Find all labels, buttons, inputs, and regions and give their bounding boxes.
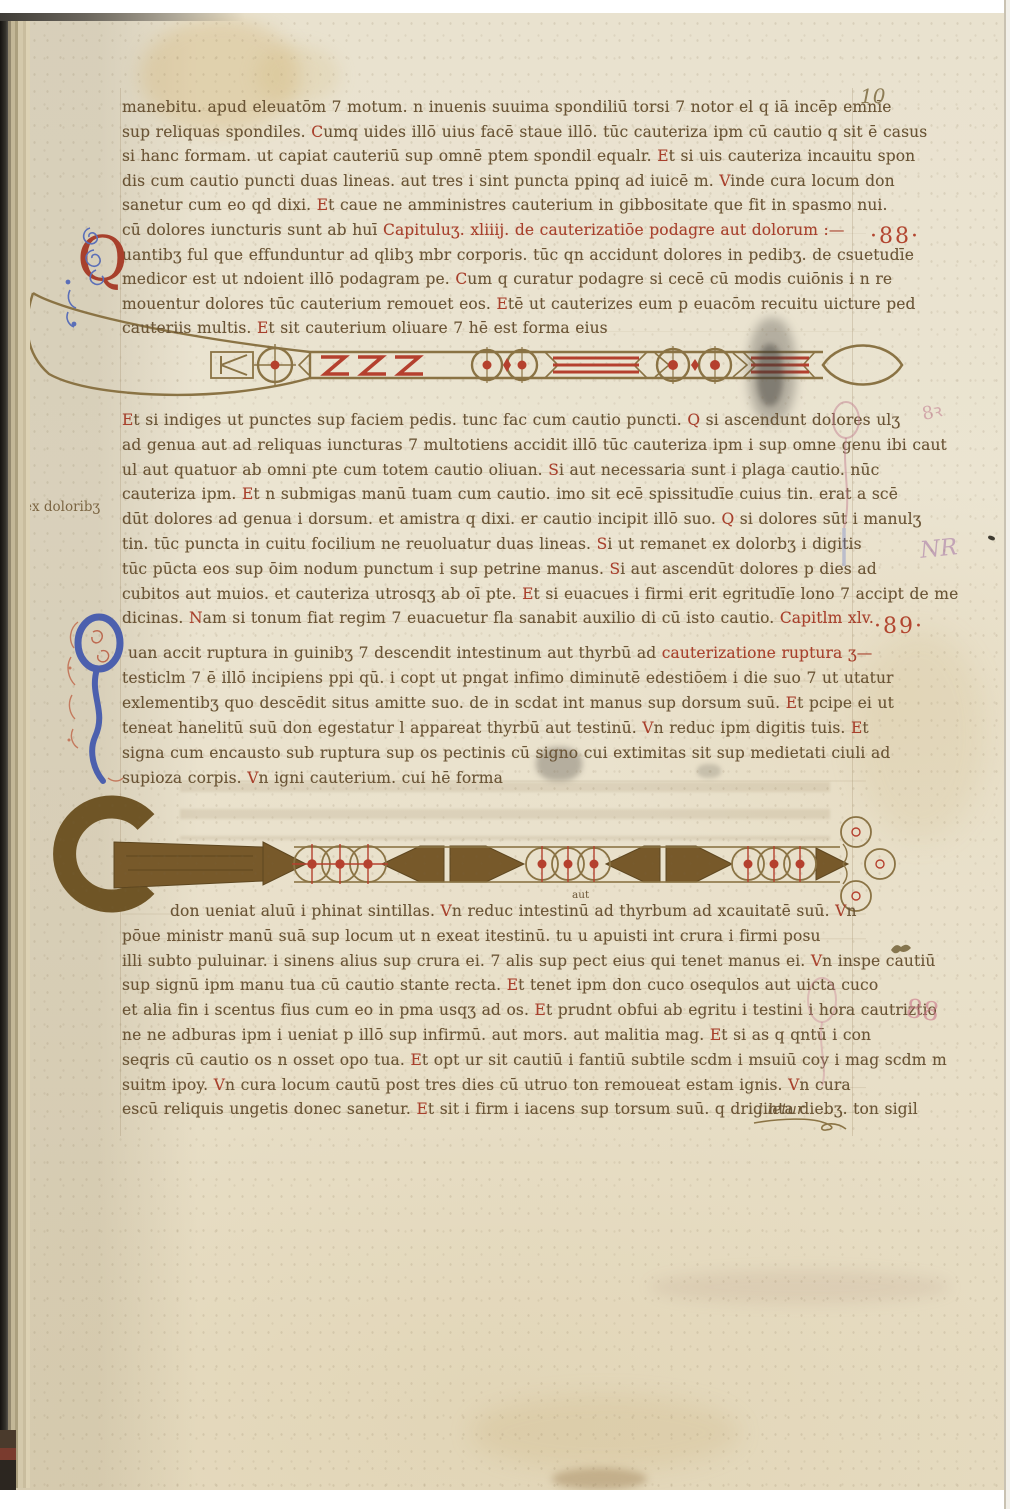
manuscript-text-line: seqris cū cautio os n osset opo tua. Et … [122,1048,866,1073]
manuscript-text-line: dicinas. Nam si tonum fiat regim 7 euacu… [122,606,866,631]
manuscript-text-line: dis cum cautio puncti duas lineas. aut t… [122,169,866,194]
faint-number: 88 [904,994,941,1028]
scan-margin-right [1004,0,1024,1509]
text-block-chapter44: manebitu. apud eleuatōm 7 motum. n inuen… [122,95,866,341]
quire-mark-upper: ·88· [870,224,920,249]
manuscript-text-line: signa cum encausto sub ruptura sup os pe… [122,741,866,766]
manuscript-text-line: manebitu. apud eleuatōm 7 motum. n inuen… [122,95,866,120]
quire-mark-lower: ·89· [874,614,924,639]
manuscript-text-line: ne ne adburas ipm i ueniat p illō sup in… [122,1023,866,1048]
left-margin-note: ex doloribʒ [24,499,100,515]
folio-number: 10 [860,84,885,108]
scan-margin-bottom [0,1490,1024,1509]
manuscript-text-line: et alia fin i scentus fius cum eo in pma… [122,998,866,1023]
manuscript-text-line: illi subto puluinar. i sinens alius sup … [122,949,866,974]
manuscript-text-line: ad genua aut ad reliquas iuncturas 7 mul… [122,433,866,458]
book-spine-edge [0,13,8,1490]
manuscript-text-line: Et si indiges ut punctes sup faciem pedi… [122,408,866,433]
faint-offset-mark-upper [826,398,866,578]
manuscript-text-line: exlementibʒ quo descēdit situs amitte su… [122,691,866,716]
manuscript-text-line: cū dolores iuncturis sunt ab huī Capitul… [122,218,866,243]
manuscript-text-line: tin. tūc puncta in cuitu focilium ne reu… [122,532,866,557]
manuscript-text-line: uan accit ruptura in guinibʒ 7 descendit… [128,641,866,666]
text-block-rupture-procedure: don ueniat aluū i phinat sintillas. Vn r… [122,899,866,1122]
manuscript-text-line: cubitos aut muios. et cauteriza utrosqʒ … [122,582,866,607]
manuscript-text-line: cauteriis multis. Et sit cauterium oliua… [122,316,866,341]
manuscript-text-line: sanetur cum eo qd dixi. Et caue ne ammin… [122,193,866,218]
manuscript-text-line: mouentur dolores tūc cauterium remouet e… [122,292,866,317]
binding-fragment [0,1430,16,1492]
manuscript-text-line: sup reliquas spondiles. Cumq uides illō … [122,120,866,145]
faint-offset-mark-lower [800,960,846,1090]
stacked-folio-edges [8,15,30,1488]
manuscript-text-line: pōue ministr manū suā sup locum ut n exe… [122,924,866,949]
catchword-flourish-icon [752,1116,848,1132]
manuscript-text-line: uantibʒ ful que effunduntur ad qlibʒ mbr… [122,243,866,268]
initial-q-blue [62,610,134,788]
manuscript-text-line: ul aut quatuor ab omni pte cum totem cau… [122,458,866,483]
text-block-chapter45: uan accit ruptura in guinibʒ 7 descendit… [122,641,866,791]
text-block-podagra: Et si indiges ut punctes sup faciem pedi… [122,408,866,631]
faint-monogram: NR [919,534,959,564]
manuscript-page: manebitu. apud eleuatōm 7 motum. n inuen… [0,0,1024,1509]
manuscript-text-line: si hanc formam. ut capiat cauteriū sup o… [122,144,866,169]
manuscript-text-line: sup signū ipm manu tua cū cautio stante … [122,973,866,998]
scan-margin-top [0,0,1024,13]
manuscript-text-line: testiclm 7 ē illō incipiens ppi qū. i co… [122,666,866,691]
interlinear-correction: aut [572,889,589,901]
manuscript-text-line: tūc pūcta eos sup ōim nodum punctum i su… [122,557,866,582]
blue-filigree-icon [60,220,130,330]
manuscript-text-line: don ueniat aluū i phinat sintillas. Vn r… [170,899,866,924]
manuscript-text-line: supioza corpis. Vn igni cauterium. cui h… [122,766,866,791]
manuscript-text-line: cauteriza ipm. Et n submigas manū tuam c… [122,482,866,507]
manuscript-text-line: suitm ipoy. Vn cura locum cautū post tre… [122,1073,866,1098]
manuscript-text-line: medicor est ut ndoient illō podagram pe.… [122,267,866,292]
ink-blot-icon [888,940,914,958]
manuscript-text-line: dūt dolores ad genua i dorsum. et amistr… [122,507,866,532]
manuscript-text-line: teneat hanelitū suū don egestatur l appa… [122,716,866,741]
